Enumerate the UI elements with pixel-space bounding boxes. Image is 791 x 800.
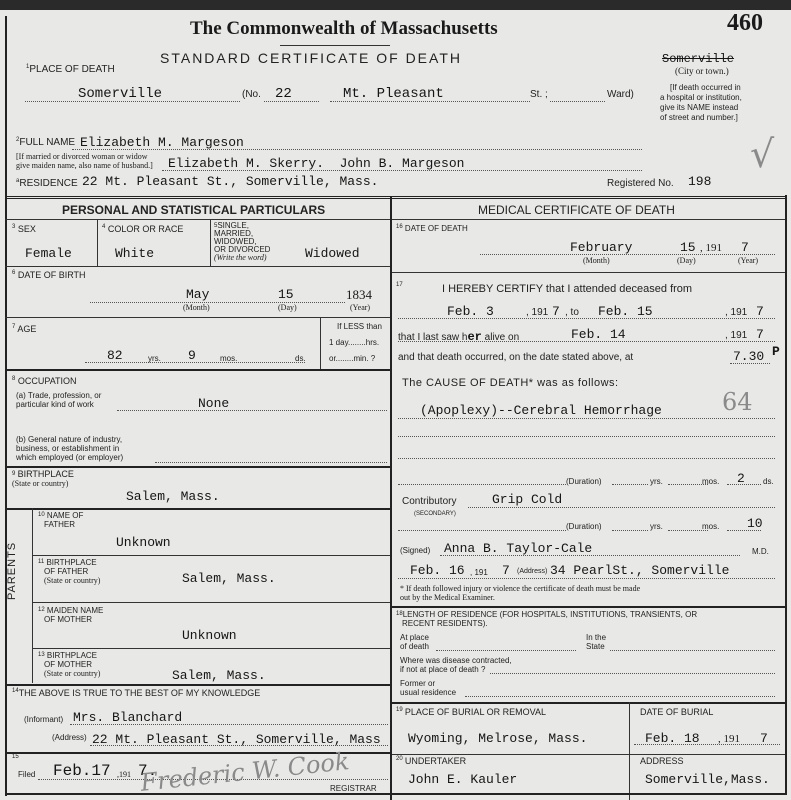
registrar-signature: Frederic W. Cook [139,747,350,797]
city-value: Somerville [662,52,734,66]
occupation-a-label: (a) Trade, profession, or particular kin… [16,391,101,409]
sex-value: Female [25,246,72,261]
certificate-title: STANDARD CERTIFICATE OF DEATH [160,50,462,66]
signed-year-prefix: , 191 [470,568,488,577]
contributory-value: Grip Cold [492,492,562,507]
contributory-label: Contributory [402,496,456,507]
to-label: , to [565,307,579,318]
informant-label: (Informant) [24,715,63,724]
dod-month: February [570,240,632,255]
marital-label: 5SINGLE, MARRIED, WIDOWED, OR DIVORCED (… [214,222,270,262]
occupation-a-value: None [198,396,229,411]
right-border [785,195,787,795]
rule [5,219,390,220]
dob-month-label: (Month) [183,303,210,312]
physician-signature: Anna B. Taylor-Cale [444,541,592,556]
certify-num: 17 [396,282,403,288]
father-name-label: 10 NAME OF FATHER [38,511,83,529]
rule [5,317,390,318]
color-value: White [115,246,154,261]
dob-year-label: (Year) [350,303,370,312]
cause-line3 [398,458,775,459]
hospital-note: [If death occurred in a hospital or inst… [660,83,742,123]
father-birthplace-label: 11 BIRTHPLACE OF FATHER (State or countr… [38,558,100,585]
from-year-suffix: 7 [552,304,560,319]
commonwealth-heading: The Commonwealth of Massachusetts [190,18,498,40]
dod-label: 16 DATE OF DEATH [396,224,468,233]
death-certificate: The Commonwealth of Massachusetts STANDA… [0,0,791,800]
undertaker-label: 20 UNDERTAKER [396,756,466,766]
contrib-yrs-label: yrs. [650,522,663,531]
to-year-prefix: , 191 [725,307,747,318]
header-divider [5,196,785,199]
rule [392,793,785,795]
contributory-line [468,507,775,508]
dob-label: 6 DATE OF BIRTH [12,270,86,280]
birthplace-value: Salem, Mass. [126,489,220,504]
undertaker-address-label: ADDRESS [640,756,684,766]
burial-label: 19 PLACE OF BURIAL OR REMOVAL [396,707,546,717]
city-label: (City or town.) [675,66,729,76]
length-of-residence-label: 18LENGTH OF RESIDENCE (FOR HOSPITALS, IN… [396,610,697,628]
dod-day-label: (Day) [677,256,696,265]
death-occurred-label: and that death occurred, on the date sta… [398,352,633,363]
age-years: 82 [107,348,123,363]
occupation-b-line [155,462,387,463]
age-yrs-label: yrs. [148,354,161,363]
contracted-line [490,673,775,674]
contrib-duration-line [398,530,566,531]
burial-year-prefix: , 191 [718,733,740,745]
informant-address-value: 22 Mt. Pleasant St., Somerville, Mass [92,732,381,747]
age-mos-label: mos. [220,354,237,363]
mother-birthplace-value: Salem, Mass. [172,668,266,683]
marital-value: Widowed [305,246,360,261]
duration-yrs-label: yrs. [650,477,663,486]
mother-name-value: Unknown [182,628,237,643]
registrar-label: REGISTRAR [330,784,377,793]
signed-label: (Signed) [400,546,430,555]
former-residence-line [465,696,775,697]
rule [5,466,390,468]
heading-rule [280,45,390,46]
attended-from-date: Feb. 3 [447,304,494,319]
scan-edge [0,0,791,10]
father-name-value: Unknown [116,535,171,550]
filed-date: Feb.17 [53,762,111,780]
place-ward-line [550,101,605,102]
medical-examiner-footnote: * If death followed injury or violence t… [400,584,640,602]
contrib-yrs-line [612,530,648,531]
cause-line1 [398,418,775,419]
maiden-husband-value: Elizabeth M. Skerry. John B. Margeson [168,156,464,171]
place-no-label: (No. [242,89,261,100]
rule [392,702,785,704]
contrib-duration-label: (Duration) [566,522,602,531]
in-state-label: In the State [586,633,606,651]
age-months: 9 [188,348,196,363]
md-label: M.D. [752,547,769,556]
personal-section-title: PERSONAL AND STATISTICAL PARTICULARS [62,203,325,217]
informant-address-label: (Address) [52,733,87,742]
mother-birthplace-label: 13 BIRTHPLACE OF MOTHER (State or countr… [38,651,100,678]
attended-to-date: Feb. 15 [598,304,653,319]
dob-day-label: (Day) [278,303,297,312]
burial-date-label: DATE OF BURIAL [640,707,713,717]
duration-line [398,484,566,485]
rule [32,648,390,649]
cause-line2 [398,436,775,437]
age-ds-label: ds. [295,354,306,363]
contrib-mos-label: mos. [702,522,719,531]
registered-number: 198 [688,174,711,189]
check-mark: √ [750,132,774,176]
parents-side-label: PARENTS [6,542,18,600]
duration-yrs-line [612,484,648,485]
contrib-duration-days: 10 [747,516,763,531]
from-year-prefix: , 191 [526,307,548,318]
cause-value: (Apoplexy)--Cerebral Hemorrhage [420,403,662,418]
duration-label: (Duration) [566,477,602,486]
filed-num: 15 [12,754,19,760]
informant-value: Mrs. Blanchard [73,710,182,725]
sex-label: 3 SEX [12,224,36,234]
at-place-label: At place of death [400,633,429,651]
rule [320,317,321,369]
dob-line [90,302,345,303]
signed-date-line [398,578,775,579]
rule [32,508,33,683]
dod-year-prefix: , 191 [700,242,722,254]
place-street-value: Mt. Pleasant [343,86,444,102]
occupation-b-label: (b) General nature of industry, business… [16,435,123,462]
certify-line1: I HEREBY CERTIFY that I attended decease… [442,283,692,295]
residence-value: 22 Mt. Pleasant St., Somerville, Mass. [82,174,378,189]
dob-month: May [186,287,209,302]
place-st-label: St. ; [530,89,548,100]
occupation-label: 8 OCCUPATION [12,376,77,386]
death-time-ampm: P [772,344,780,359]
rule [5,369,390,371]
contracted-label: Where was disease contracted, if not at … [400,656,512,674]
rule [97,219,98,266]
at-place-line [436,650,576,651]
place-city-value: Somerville [78,86,162,102]
former-residence-label: Former or usual residence [400,679,456,697]
dod-year-suffix: 7 [741,240,749,255]
medical-section-title: MEDICAL CERTIFICATE OF DEATH [478,203,675,217]
center-divider [390,196,392,800]
rule [32,602,390,603]
rule [392,754,785,755]
burial-year-suffix: 7 [760,731,768,746]
rule [5,266,390,267]
signed-date: Feb. 16 [410,563,465,578]
undertaker-address-value: Somerville,Mass. [645,772,770,787]
mother-name-label: 12 MAIDEN NAME OF MOTHER [38,606,103,624]
dod-day: 15 [680,240,696,255]
rule [5,793,390,795]
last-saw-year-prefix: , 191 [725,330,747,341]
signed-year-suffix: 7 [502,563,510,578]
filed-year-prefix: ,191 [117,770,131,779]
to-year-suffix: 7 [756,304,764,319]
dob-day: 15 [278,287,294,302]
full-name-label: 2FULL NAME [16,137,75,148]
rule [629,702,630,800]
occupation-a-line [117,410,387,411]
rule [392,219,785,220]
residence-label: aRESIDENCE [16,178,78,189]
married-note: [If married or divorced woman or widow g… [16,152,153,170]
duration-ds-label: ds. [763,477,774,486]
secondary-label: (SECONDARY) [414,511,456,517]
place-no-value: 22 [275,86,292,102]
place-ward-label: Ward) [607,89,634,100]
rule [5,684,390,686]
burial-date: Feb. 18 [645,731,700,746]
undertaker-value: John E. Kauler [408,772,517,787]
rule [392,272,785,273]
rule [210,219,211,266]
father-birthplace-value: Salem, Mass. [182,571,276,586]
last-saw-date: Feb. 14 [571,327,626,342]
rule [392,606,785,608]
last-saw-label: that I last saw her alive on [398,330,519,344]
filed-label: Filed [18,770,35,779]
cause-code: 64 [722,388,753,416]
signed-address-label: (Address) [517,568,547,575]
birthplace-label: 9 BIRTHPLACE (State or country) [12,470,74,488]
last-saw-year-suffix: 7 [756,327,764,342]
burial-place-value: Wyoming, Melrose, Mass. [408,731,587,746]
place-of-death-label: 1PLACE OF DEATH [26,64,115,75]
left-border [5,16,7,796]
in-state-line [610,650,775,651]
full-name-value: Elizabeth M. Margeson [80,135,244,150]
duration-mos-label: mos. [702,477,719,486]
certificate-number: 460 [727,10,763,37]
age-less-than: If LESS than 1 day........hrs. or.......… [329,319,382,367]
registered-label: Registered No. [607,178,674,189]
cause-label: The CAUSE OF DEATH* was as follows: [402,377,619,389]
dob-year: 1834 [346,287,372,303]
rule [5,508,390,510]
dod-month-label: (Month) [583,256,610,265]
color-label: 4 COLOR OR RACE [102,224,183,234]
informant-statement: 14THE ABOVE IS TRUE TO THE BEST OF MY KN… [12,688,260,698]
age-label: 7 AGE [12,324,36,334]
duration-days: 2 [737,471,745,486]
rule [32,555,390,556]
death-time: 7.30 [733,349,764,364]
physician-address: 34 PearlSt., Somerville [550,563,729,578]
dod-year-label: (Year) [738,256,758,265]
